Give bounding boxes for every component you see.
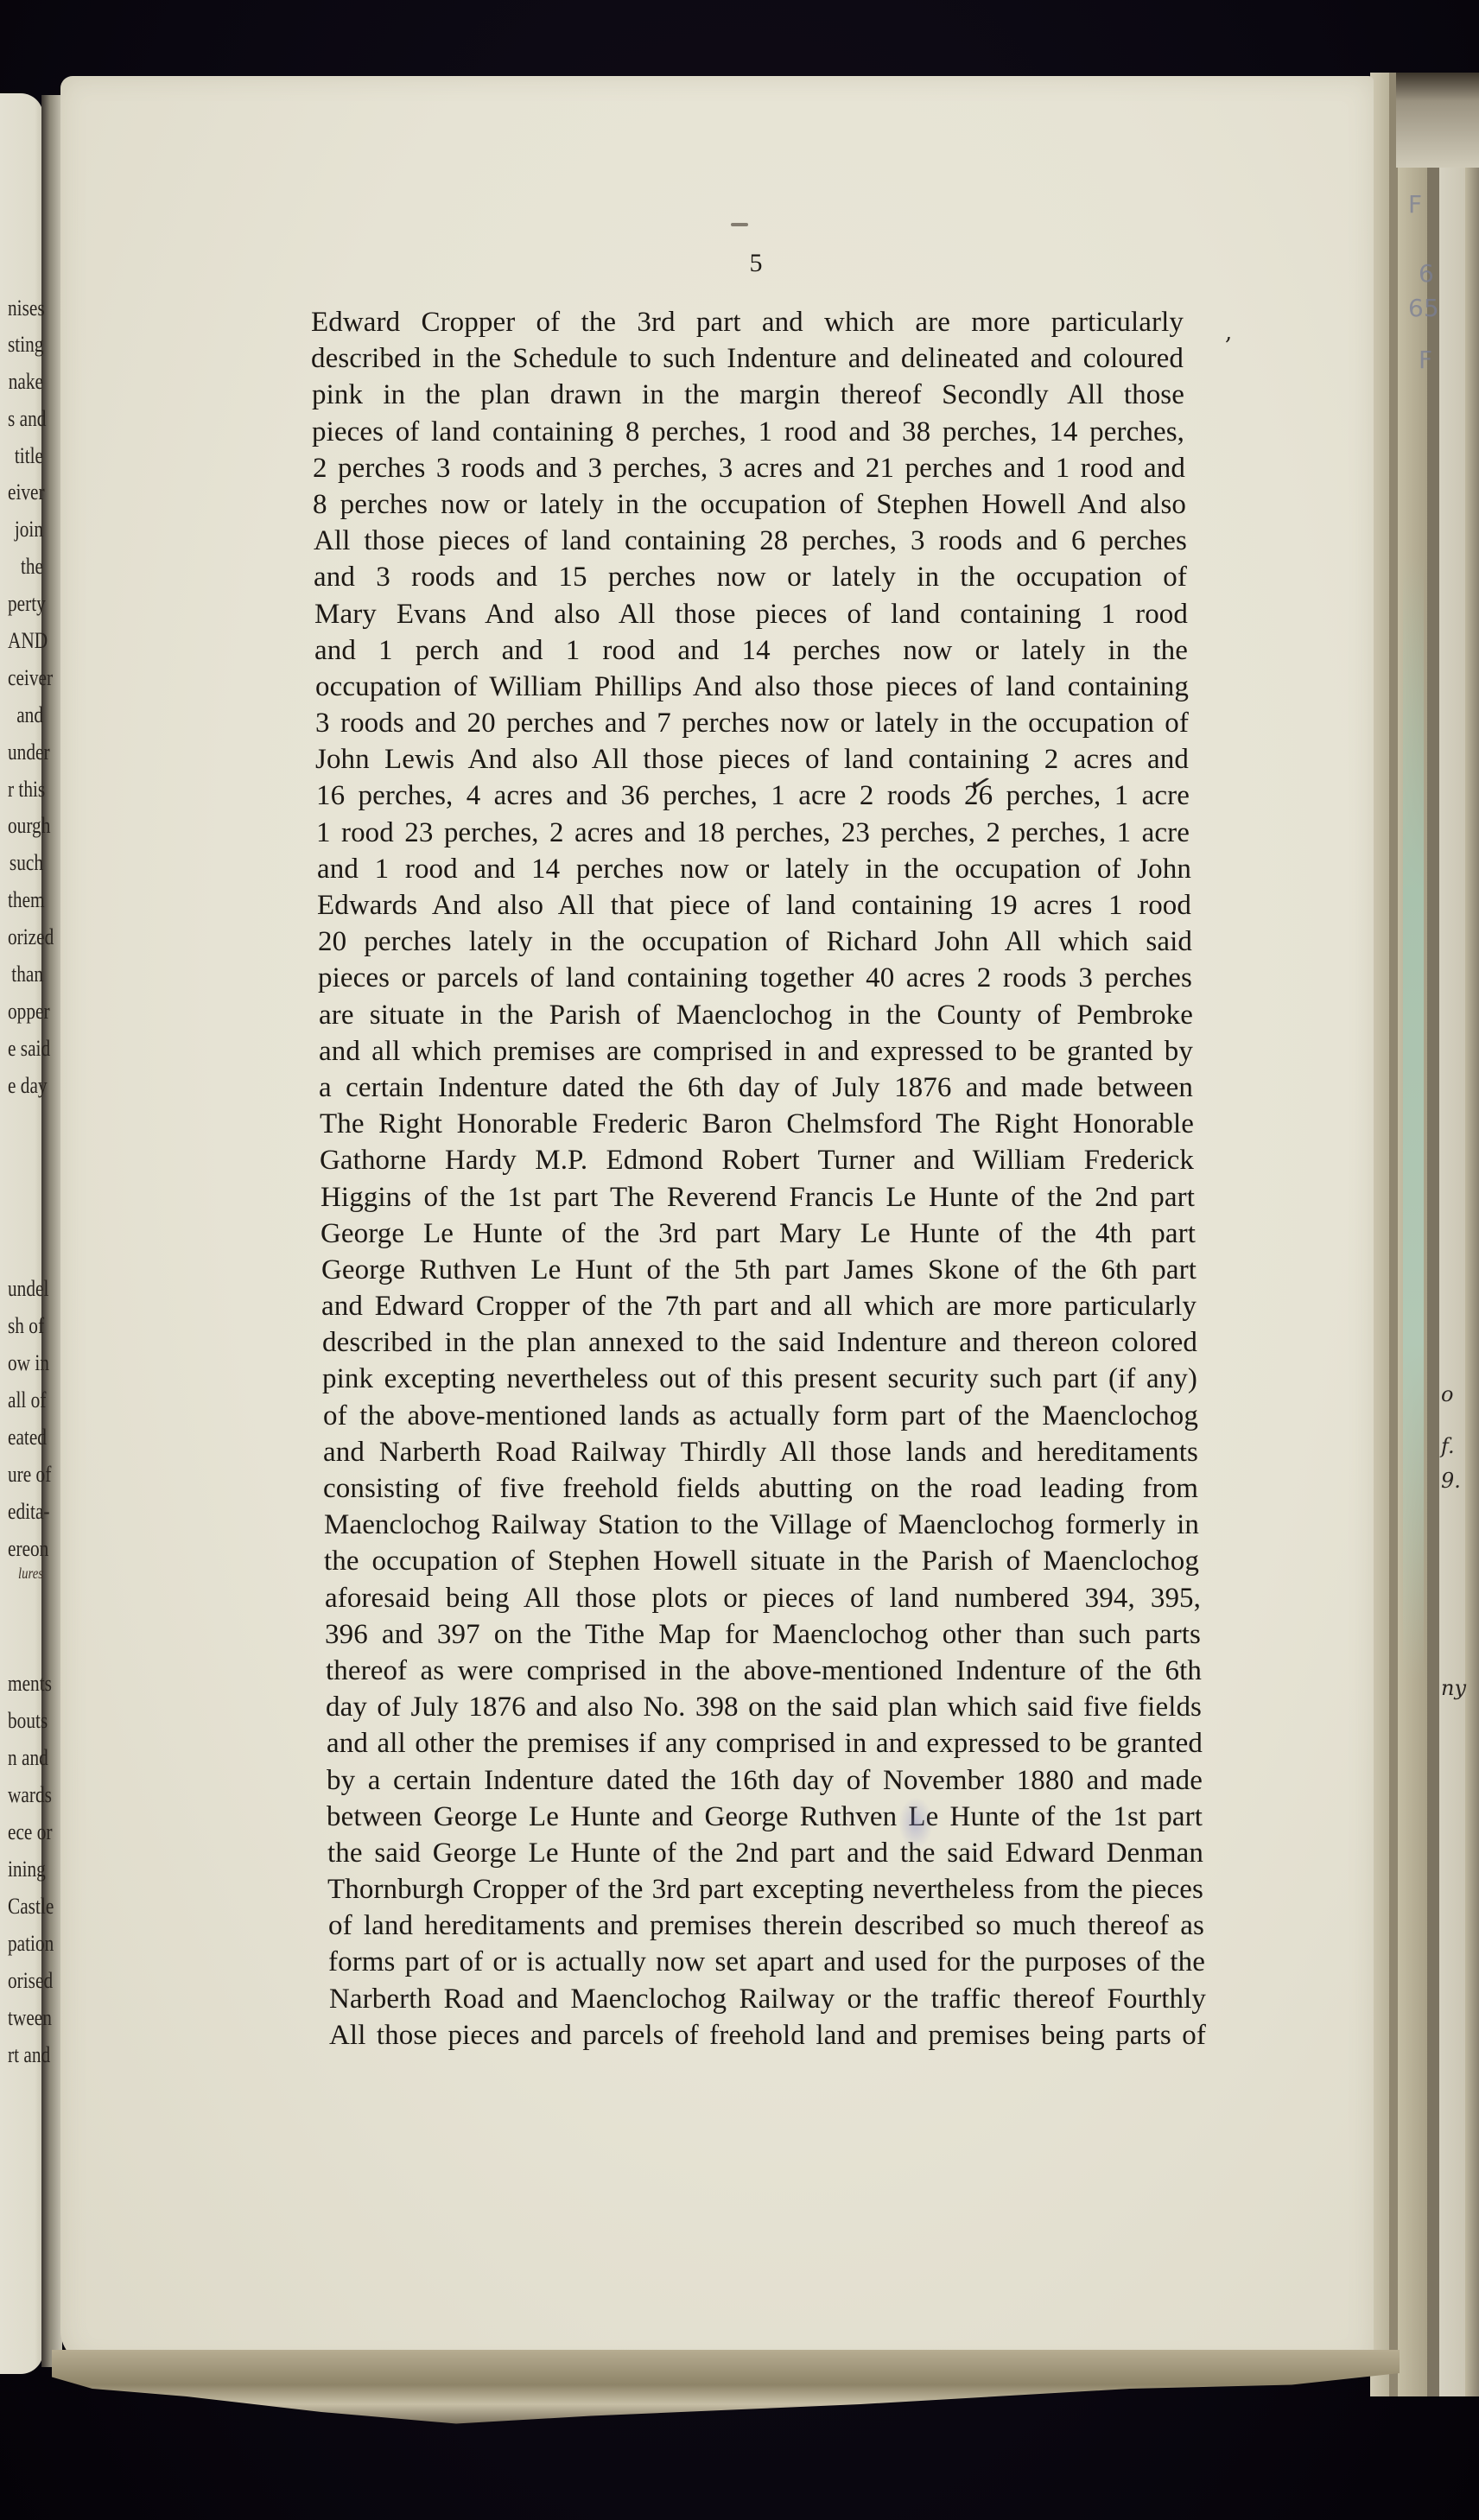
green-paper-tab (1403, 556, 1424, 1679)
page-edge-layer (1439, 73, 1465, 2396)
text-line: of the above-mentioned lands as actually… (323, 1398, 1198, 1434)
previous-page-text-fragment: r this (8, 778, 43, 801)
previous-page-text-fragment: nises (8, 297, 43, 320)
text-line: of land hereditaments and premises there… (328, 1907, 1204, 1944)
text-line: Mary Evans And also All those pieces of … (314, 596, 1188, 632)
text-line: All those pieces of land containing 28 p… (314, 523, 1187, 559)
text-line: described in the plan annexed to the sai… (322, 1324, 1197, 1361)
previous-page-text-fragment: n and (8, 1747, 43, 1769)
previous-page-text-fragment: ining (8, 1858, 43, 1881)
text-line: The Right Honorable Frederic Baron Chelm… (320, 1106, 1194, 1142)
text-line: 396 and 397 on the Tithe Map for Maenclo… (325, 1616, 1201, 1653)
text-line: Narberth Road and Maenclochog Railway or… (329, 1981, 1206, 2017)
text-line: Thornburgh Cropper of the 3rd part excep… (327, 1871, 1203, 1907)
worn-top-edge (1396, 73, 1479, 168)
pencil-margin-note: 65 (1408, 294, 1439, 322)
previous-page-text-fragment: ece or (8, 1821, 43, 1844)
text-line: and all which premises are comprised in … (319, 1033, 1193, 1070)
text-line: and Edward Cropper of the 7th part and a… (321, 1288, 1197, 1324)
previous-page-text-fragment: sh of (8, 1315, 43, 1337)
text-line: consisting of five freehold fields abutt… (323, 1470, 1198, 1507)
previous-page-text-fragment: wards (8, 1784, 43, 1806)
page-stack-edge (1370, 73, 1479, 2396)
text-line: pink excepting nevertheless out of this … (322, 1361, 1197, 1397)
previous-page-text-fragment: ourgh (8, 815, 43, 837)
previous-page-text-fragment: opper (8, 1000, 43, 1023)
text-line: pieces or parcels of land containing tog… (318, 960, 1192, 996)
text-line: and all other the premises if any compri… (327, 1725, 1203, 1761)
previous-page-text-fragment: join (8, 518, 43, 541)
text-line: and 1 perch and 1 rood and 14 perches no… (314, 632, 1188, 669)
previous-page-text-fragment: ments (8, 1673, 43, 1695)
text-line: day of July 1876 and also No. 398 on the… (326, 1689, 1202, 1725)
text-line: Edwards And also All that piece of land … (317, 887, 1191, 924)
pencil-margin-note: F (1419, 346, 1432, 374)
previous-page-text-fragment: rt and (8, 2044, 43, 2066)
text-line: the occupation of Stephen Howell situate… (324, 1543, 1199, 1579)
text-line: pink in the plan drawn in the margin the… (312, 377, 1184, 413)
text-line: aforesaid being All those plots or piece… (325, 1580, 1201, 1616)
previous-page-text-fragment: e day (8, 1075, 43, 1097)
text-line: are situate in the Parish of Maenclochog… (319, 997, 1193, 1033)
text-line: the said George Le Hunte of the 2nd part… (327, 1835, 1203, 1871)
text-line: 8 perches now or lately in the occupatio… (313, 486, 1186, 523)
previous-page-text-fragment: bouts (8, 1710, 43, 1732)
text-line: pieces of land containing 8 perches, 1 r… (312, 414, 1184, 450)
page-edge-layer (1389, 73, 1398, 2396)
text-line: George Ruthven Le Hunt of the 5th part J… (321, 1252, 1197, 1288)
previous-page-text-fragment: ow in (8, 1352, 43, 1374)
text-line: Edward Cropper of the 3rd part and which… (311, 304, 1184, 340)
previous-page-text-fragment: e said (8, 1038, 43, 1060)
previous-page-text-fragment: orized (8, 926, 43, 949)
text-line: and Narberth Road Railway Thirdly All th… (323, 1434, 1198, 1470)
text-line: by a certain Indenture dated the 16th da… (327, 1762, 1203, 1799)
previous-page-text-fragment: under (8, 741, 43, 764)
previous-page-text-fragment: s and (8, 408, 43, 430)
text-line: Gathorne Hardy M.P. Edmond Robert Turner… (320, 1142, 1194, 1178)
pencil-margin-note: 6 (1419, 259, 1434, 288)
text-line: Higgins of the 1st part The Reverend Fra… (321, 1179, 1195, 1216)
previous-page-text-fragment: sting (8, 333, 43, 356)
previous-page-text-fragment: eated (8, 1426, 43, 1449)
margin-comma-mark: , (1225, 320, 1232, 346)
previous-page-text-fragment: them (8, 889, 43, 911)
handwritten-margin-note: 9. (1441, 1469, 1461, 1493)
text-line: 2 perches 3 roods and 3 perches, 3 acres… (313, 450, 1185, 486)
page-edge-layer (1465, 73, 1479, 2396)
text-line: 3 roods and 20 perches and 7 perches now… (315, 705, 1189, 741)
previous-page-text-fragment: perty (8, 593, 43, 615)
page-number: 5 (0, 249, 1479, 278)
text-line: occupation of William Phillips And also … (315, 669, 1189, 705)
previous-page-edge (0, 93, 43, 2374)
previous-page-text-fragment: orised (8, 1970, 43, 1992)
text-line: George Le Hunte of the 3rd part Mary Le … (321, 1216, 1196, 1252)
previous-page-text-fragment: ceiver (8, 667, 43, 689)
previous-page-text-fragment: the (8, 555, 43, 578)
text-line: described in the Schedule to such Indent… (311, 340, 1184, 377)
previous-page-text-fragment: Castle (8, 1895, 43, 1918)
previous-page-text-fragment: eiver (8, 481, 43, 504)
previous-page-text-fragment: nake (8, 371, 43, 393)
pencil-smudge (898, 1797, 933, 1849)
previous-page-text-fragment: such (8, 852, 43, 874)
handwritten-margin-note: f. (1441, 1434, 1455, 1458)
text-line: between George Le Hunte and George Ruthv… (327, 1799, 1203, 1835)
previous-page-text-fragment: and (8, 704, 43, 727)
previous-page-text-fragment: tween (8, 2007, 43, 2029)
text-line: thereof as were comprised in the above-m… (326, 1653, 1202, 1689)
handwritten-margin-note: o (1441, 1382, 1453, 1406)
text-line: 16 perches, 4 acres and 36 perches, 1 ac… (316, 778, 1190, 814)
text-line: Maenclochog Railway Station to the Villa… (324, 1507, 1199, 1543)
text-line: and 3 roods and 15 perches now or lately… (314, 559, 1187, 595)
text-line: forms part of or is actually now set apa… (328, 1944, 1205, 1980)
pencil-margin-note: F (1408, 190, 1422, 219)
text-line: John Lewis And also All those pieces of … (315, 741, 1189, 778)
handwritten-margin-note: ny (1441, 1676, 1466, 1700)
page-edge-layer (1427, 73, 1439, 2396)
text-line: All those pieces and parcels of freehold… (329, 2017, 1206, 2053)
previous-page-text-fragment: than (8, 963, 43, 986)
previous-page-text-fragment: title (8, 445, 43, 467)
body-text: Edward Cropper of the 3rd part and which… (311, 304, 1184, 2053)
previous-page-text-fragment: ereon (8, 1538, 43, 1560)
handwritten-fragment: lures (8, 1565, 43, 1581)
previous-page-text-fragment: undel (8, 1278, 43, 1300)
text-line: a certain Indenture dated the 6th day of… (319, 1070, 1193, 1106)
header-mark (731, 223, 748, 226)
previous-page-text-fragment: pation (8, 1933, 43, 1955)
previous-page-text-fragment: edita- (8, 1501, 43, 1523)
text-line: and 1 rood and 14 perches now or lately … (317, 851, 1191, 887)
previous-page-text-fragment: AND (8, 630, 43, 652)
previous-page-text-fragment: ure of (8, 1463, 43, 1486)
text-line: 20 perches lately in the occupation of R… (318, 924, 1192, 960)
previous-page-text-fragment: all of (8, 1389, 43, 1412)
text-line: 1 rood 23 perches, 2 acres and 18 perche… (316, 815, 1190, 851)
